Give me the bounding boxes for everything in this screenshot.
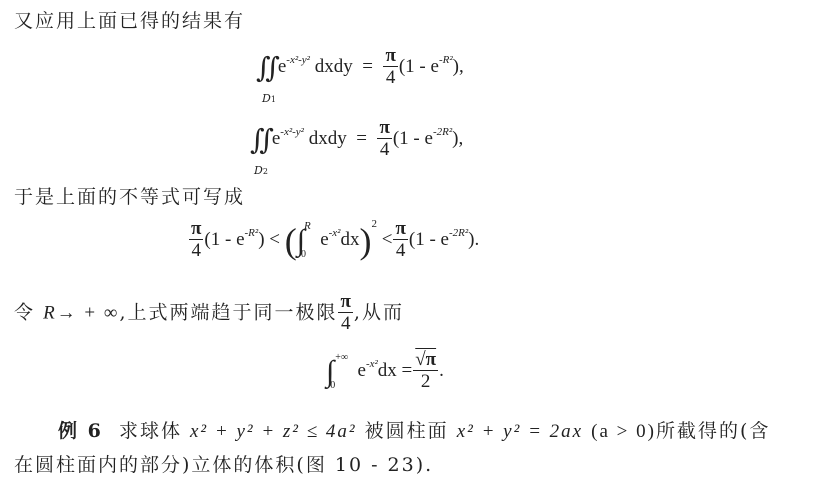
gaussian-integral-result: ∫0+∞ e-x²dx =√π2. (326, 350, 444, 393)
equation-d2: ∬e-x²-y² dxdy = π4(1 - e-2R²), (250, 118, 463, 161)
intro-text: 又应用上面已得的结果有 (14, 6, 245, 33)
equation-d1: ∬e-x²-y² dxdy = π4(1 - e-R²), (256, 46, 464, 89)
fraction-pi-over-4: π4 (377, 118, 391, 161)
rewrite-text: 于是上面的不等式可写成 (14, 182, 245, 209)
inequality: π4(1 - e-R²) < (∫0R e-x²dx)2 <π4(1 - e-2… (188, 218, 479, 262)
example-6-line2: 在圆柱面内的部分)立体的体积(图 10 - 23). (14, 450, 433, 477)
fraction-pi-over-4: π4 (383, 46, 397, 89)
example-label: 例 6 (58, 420, 103, 442)
domain-d1-label: D1 (262, 92, 276, 105)
double-integral-symbol: ∬ (256, 51, 270, 85)
double-integral-symbol: ∬ (250, 123, 264, 157)
domain-d2-label: D2 (254, 164, 268, 177)
limit-text: 令 R→ + ∞,上式两端趋于同一极限π4,从而 (14, 292, 404, 335)
example-6-line1: 例 6 求球体 x² + y² + z² ≤ 4a² 被圆柱面 x² + y² … (58, 416, 770, 443)
